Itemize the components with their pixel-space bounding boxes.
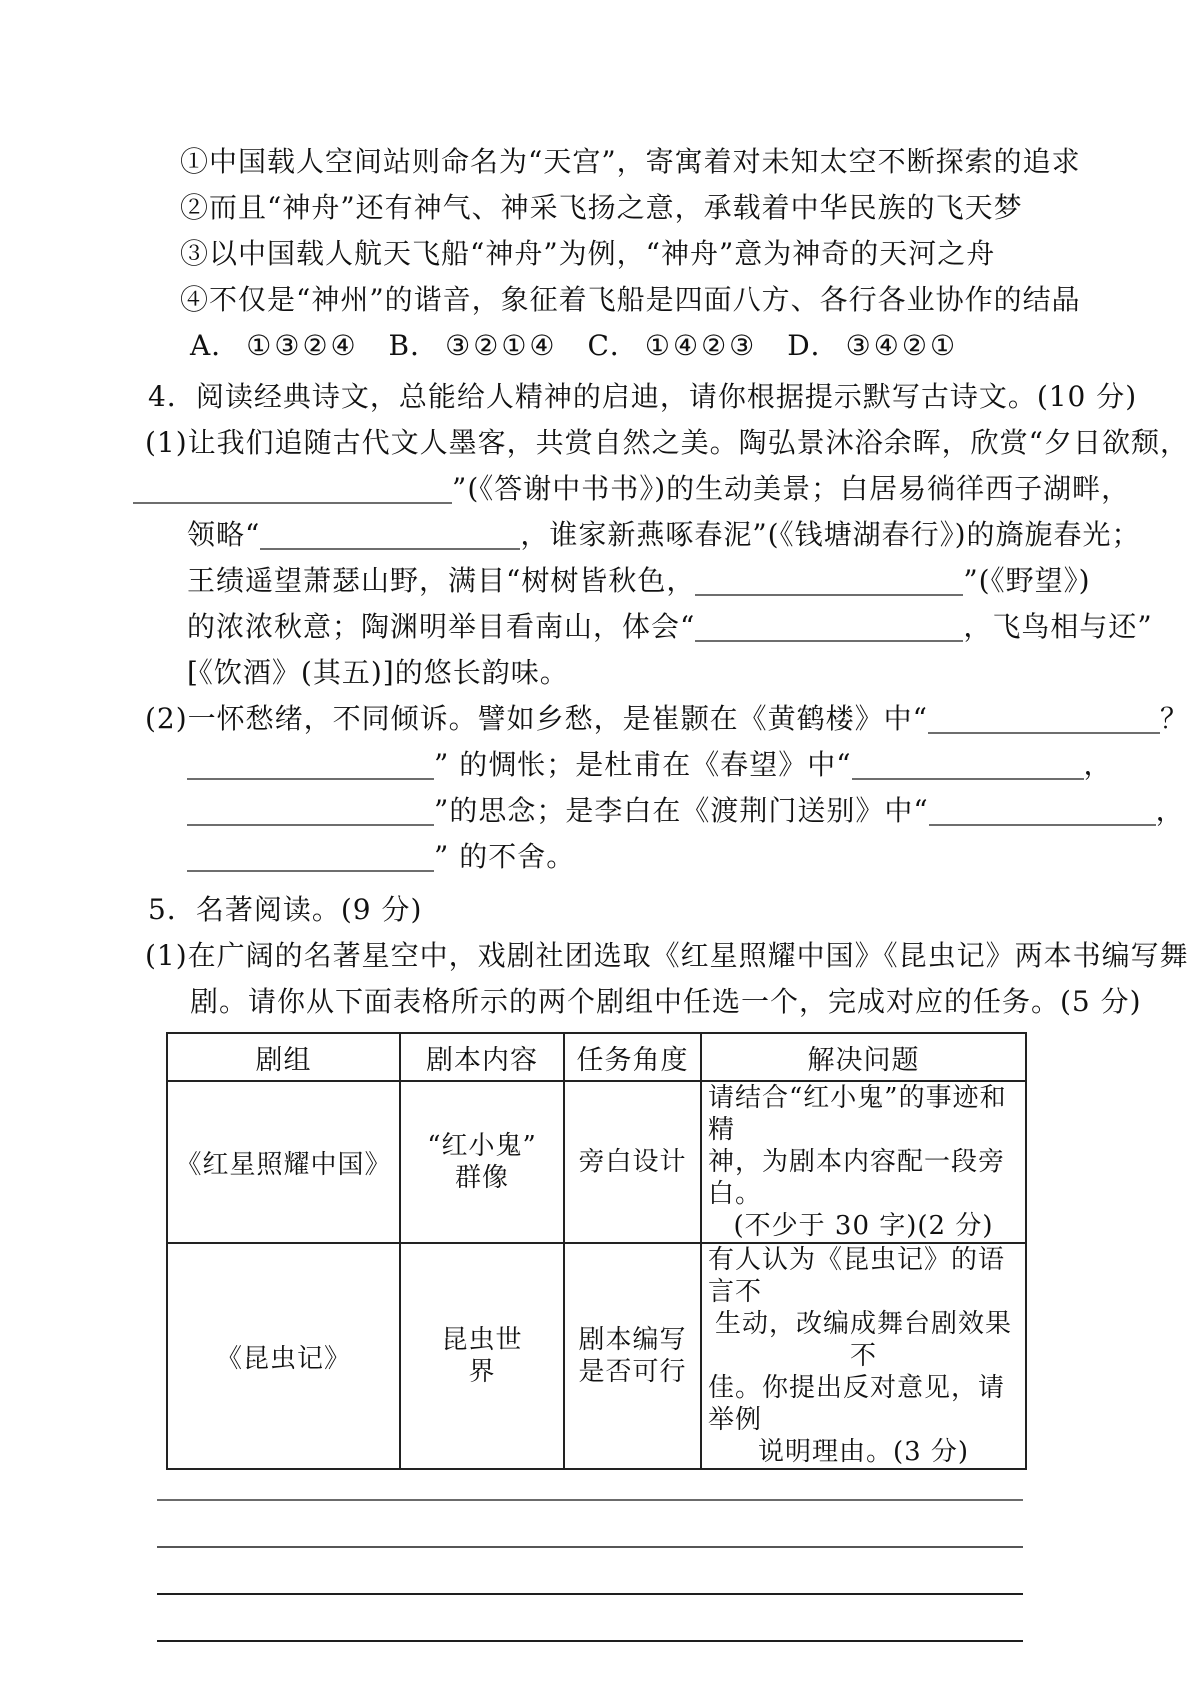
text: ”的思念；是李白在《渡荆门送别》中“ (434, 794, 929, 827)
answer-blank[interactable] (852, 748, 1084, 780)
text: “红小鬼” (407, 1130, 557, 1162)
answer-blank[interactable] (187, 794, 434, 826)
option-sequence: ③②①④ (445, 329, 557, 362)
text: 剧本编写 (571, 1324, 694, 1356)
q4-stem-text: 4．阅读经典诗文，总能给人精神的启迪，请你根据提示默写古诗文。(10 分) (148, 380, 1137, 413)
text: (2)一怀愁绪，不同倾诉。譬如乡愁，是崔颢在《黄鹤楼》中“ (145, 702, 928, 735)
text: ” 的不舍。 (434, 840, 575, 873)
answer-blank[interactable] (133, 472, 452, 504)
text: 说明理由。(3 分) (708, 1436, 1019, 1468)
option-sequence: ①③②④ (246, 329, 358, 362)
text: 生动，改编成舞台剧效果不 (708, 1308, 1019, 1372)
text: (不少于 30 字)(2 分) (708, 1210, 1019, 1242)
q4-part1-line6: [《饮酒》(其五)]的悠长韵味。 (187, 650, 1191, 696)
option-b: B．③②①④ (389, 323, 558, 369)
q5-intro-line2: 剧。请你从下面表格所示的两个剧组中任选一个，完成对应的任务。(5 分) (190, 979, 1191, 1025)
cell-task-angle: 剧本编写 是否可行 (564, 1243, 701, 1469)
header-task-angle: 任务角度 (564, 1033, 701, 1081)
exam-content: ①中国载人空间站则命名为“天宫”，寄寓着对未知太空不断探索的追求 ②而且“神舟”… (0, 139, 1191, 1642)
cell-solve-problem: 有人认为《昆虫记》的语言不 生动，改编成舞台剧效果不 佳。你提出反对意见，请举例… (701, 1243, 1026, 1469)
text: 神，为剧本内容配一段旁白。 (708, 1146, 1019, 1210)
text: ， (1156, 794, 1185, 827)
text: ， (1084, 748, 1113, 781)
text: 剧。请你从下面表格所示的两个剧组中任选一个，完成对应的任务。(5 分) (190, 985, 1142, 1018)
text: ，谁家新燕啄春泥”(《钱塘湖春行》)的旖旎春光； (520, 518, 1140, 551)
text: [《饮酒》(其五)]的悠长韵味。 (187, 656, 569, 689)
cell-script-content: “红小鬼” 群像 (400, 1081, 564, 1243)
cell-solve-problem: 请结合“红小鬼”的事迹和精 神，为剧本内容配一段旁白。 (不少于 30 字)(2… (701, 1081, 1026, 1243)
header-solve-problem: 解决问题 (701, 1033, 1026, 1081)
text: (1)让我们追随古代文人墨客，共赏自然之美。陶弘景沐浴余晖，欣赏“夕日欲颓， (145, 426, 1189, 459)
sentence-text: ②而且“神舟”还有神气、神采飞扬之意，承载着中华民族的飞天梦 (180, 191, 1023, 224)
table-row: 《昆虫记》 昆虫世 界 剧本编写 是否可行 有人认为《昆虫记》的语言不 生动，改… (167, 1243, 1026, 1469)
answer-blank[interactable] (695, 610, 963, 642)
q3-options-row: A．①③②④ B．③②①④ C．①④②③ D．③④②① (190, 323, 1191, 369)
q4-part1-line4: 王绩遥望萧瑟山野，满目“树树皆秋色，”(《野望》) (187, 558, 1191, 604)
table-row: 《红星照耀中国》 “红小鬼” 群像 旁白设计 请结合“红小鬼”的事迹和精 神，为… (167, 1081, 1026, 1243)
q3-sentence-3: ③以中国载人航天飞船“神舟”为例，“神舟”意为神奇的天河之舟 (180, 231, 1191, 277)
q3-sentence-4: ④不仅是“神州”的谐音，象征着飞船是四面八方、各行各业协作的结晶 (180, 277, 1191, 323)
header-script-content: 剧本内容 (400, 1033, 564, 1081)
option-d: D．③④②① (787, 323, 958, 369)
option-label: D． (787, 329, 839, 362)
text: 请结合“红小鬼”的事迹和精 (708, 1082, 1019, 1146)
exam-page: ①中国载人空间站则命名为“天宫”，寄寓着对未知太空不断探索的追求 ②而且“神舟”… (0, 0, 1191, 1684)
q4-part1-line3: 领略“，谁家新燕啄春泥”(《钱塘湖春行》)的旖旎春光； (187, 512, 1191, 558)
option-a: A．①③②④ (190, 323, 359, 369)
text: ”(《答谢中书书》)的生动美景；白居易徜徉西子湖畔， (452, 472, 1130, 505)
text: 领略“ (187, 518, 260, 551)
text: ？ (1160, 702, 1189, 735)
answer-line[interactable] (157, 1501, 1023, 1548)
text: ” 的惆怅；是杜甫在《春望》中“ (434, 748, 852, 781)
text: 是否可行 (571, 1356, 694, 1388)
sentence-text: ④不仅是“神州”的谐音，象征着飞船是四面八方、各行各业协作的结晶 (180, 283, 1081, 316)
answer-line[interactable] (157, 1548, 1023, 1595)
text: 群像 (407, 1162, 557, 1194)
answer-blank[interactable] (187, 840, 434, 872)
q5-intro-line1: (1)在广阔的名著星空中，戏剧社团选取《红星照耀中国》《昆虫记》两本书编写舞台 (145, 933, 1191, 979)
text: 旁白设计 (571, 1146, 694, 1178)
option-label: A． (190, 329, 240, 362)
cell-troupe: 《红星照耀中国》 (167, 1081, 400, 1243)
q3-sentence-1: ①中国载人空间站则命名为“天宫”，寄寓着对未知太空不断探索的追求 (180, 139, 1191, 185)
q4-stem: 4．阅读经典诗文，总能给人精神的启迪，请你根据提示默写古诗文。(10 分) (148, 374, 1191, 420)
cell-troupe: 《昆虫记》 (167, 1243, 400, 1469)
text: 王绩遥望萧瑟山野，满目“树树皆秋色， (187, 564, 695, 597)
q4-part1-line5: 的浓浓秋意；陶渊明举目看南山，体会“，飞鸟相与还” (187, 604, 1191, 650)
answer-blank[interactable] (695, 564, 963, 596)
answer-line[interactable] (157, 1470, 1023, 1501)
sentence-text: ①中国载人空间站则命名为“天宫”，寄寓着对未知太空不断探索的追求 (180, 145, 1081, 178)
text: ”(《野望》) (963, 564, 1090, 597)
sentence-text: ③以中国载人航天飞船“神舟”为例，“神舟”意为神奇的天河之舟 (180, 237, 995, 270)
answer-blank[interactable] (260, 518, 520, 550)
answer-blank[interactable] (928, 702, 1160, 734)
q4-part1-line1: (1)让我们追随古代文人墨客，共赏自然之美。陶弘景沐浴余晖，欣赏“夕日欲颓， (145, 420, 1191, 466)
q4-part2-line2: ” 的惆怅；是杜甫在《春望》中“， (187, 742, 1191, 788)
q5-stem: 5．名著阅读。(9 分) (148, 887, 1191, 933)
cell-script-content: 昆虫世 界 (400, 1243, 564, 1469)
text: ，飞鸟相与还” (963, 610, 1152, 643)
text: 界 (407, 1356, 557, 1388)
option-label: B． (389, 329, 440, 362)
option-c: C．①④②③ (587, 323, 757, 369)
text: (1)在广阔的名著星空中，戏剧社团选取《红星照耀中国》《昆虫记》两本书编写舞台 (145, 939, 1191, 972)
option-sequence: ①④②③ (645, 329, 757, 362)
text: 佳。你提出反对意见，请举例 (708, 1372, 1019, 1436)
answer-blank[interactable] (187, 748, 434, 780)
text: 昆虫世 (407, 1324, 557, 1356)
q4-part2-line1: (2)一怀愁绪，不同倾诉。譬如乡愁，是崔颢在《黄鹤楼》中“？ (145, 696, 1191, 742)
table-header-row: 剧组 剧本内容 任务角度 解决问题 (167, 1033, 1026, 1081)
answer-blank[interactable] (929, 794, 1156, 826)
text: 有人认为《昆虫记》的语言不 (708, 1244, 1019, 1308)
q3-sentence-2: ②而且“神舟”还有神气、神采飞扬之意，承载着中华民族的飞天梦 (180, 185, 1191, 231)
q4-part1-line2: ”(《答谢中书书》)的生动美景；白居易徜徉西子湖畔， (133, 466, 1191, 512)
text: 的浓浓秋意；陶渊明举目看南山，体会“ (187, 610, 695, 643)
cell-task-angle: 旁白设计 (564, 1081, 701, 1243)
q4-part2-line4: ” 的不舍。 (187, 834, 1191, 880)
option-label: C． (587, 329, 638, 362)
q5-task-table: 剧组 剧本内容 任务角度 解决问题 《红星照耀中国》 “红小鬼” 群像 旁白设计… (166, 1032, 1027, 1470)
q4-part2-line3: ”的思念；是李白在《渡荆门送别》中“， (187, 788, 1191, 834)
option-sequence: ③④②① (846, 329, 958, 362)
header-troupe: 剧组 (167, 1033, 400, 1081)
answer-line[interactable] (157, 1595, 1023, 1642)
q5-stem-text: 5．名著阅读。(9 分) (148, 893, 422, 926)
